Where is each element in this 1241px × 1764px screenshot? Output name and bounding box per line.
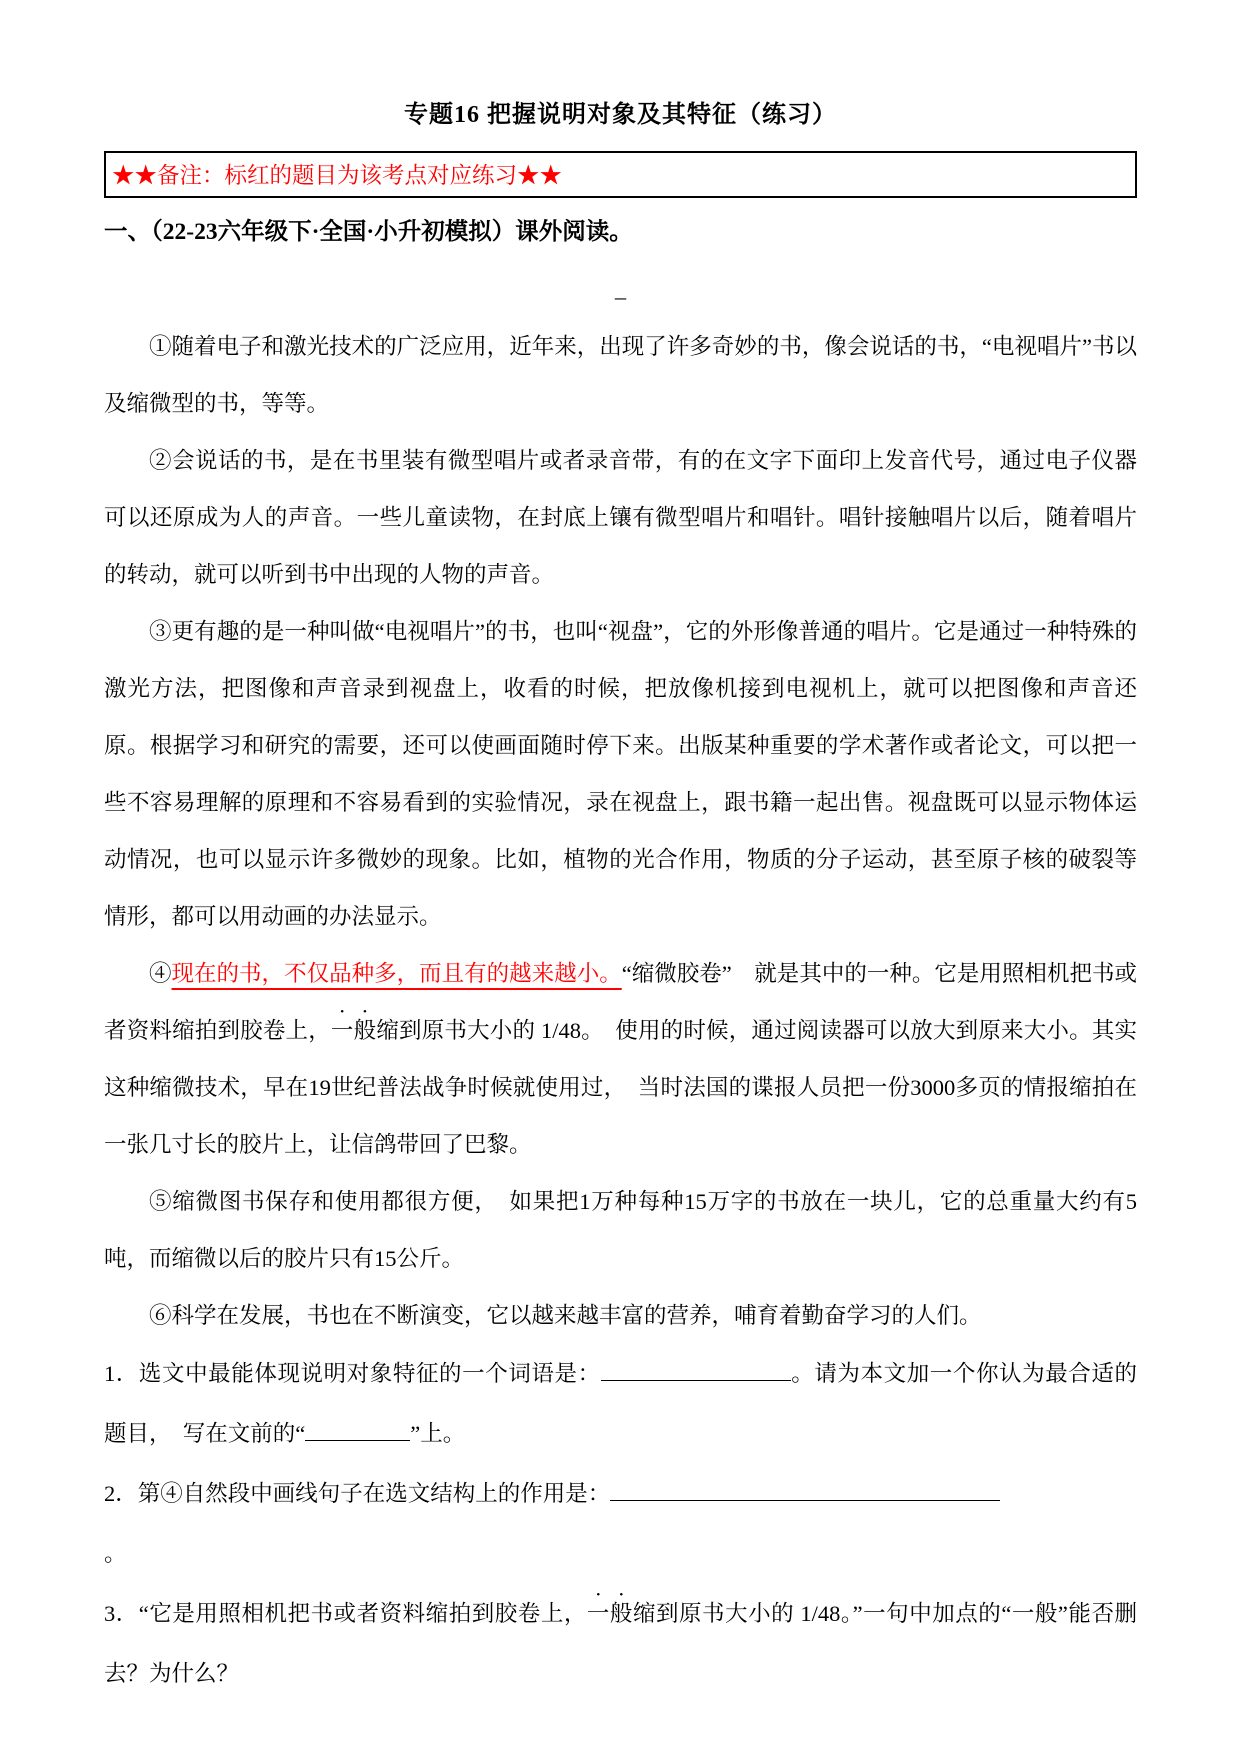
notice-box: ★★备注：标红的题目为该考点对应练习★★ (104, 151, 1137, 198)
text-run: ④ (149, 961, 172, 986)
question-2: 2．第④自然段中画线句子在选文结构上的作用是：。 (104, 1464, 1137, 1584)
answer-blank (305, 1419, 410, 1441)
paragraph-3: ③更有趣的是一种叫做“电视唱片”的书，也叫“视盘”，它的外形像普通的唱片。它是通… (104, 603, 1137, 945)
question-1: 1．选文中最能体现说明对象特征的一个词语是：。请为本文加一个你认为最合适的题目，… (104, 1344, 1137, 1464)
text-run: ”上。 (410, 1421, 465, 1446)
emphasized-word: 一般 (331, 1018, 376, 1043)
answer-blank (601, 1359, 791, 1381)
text-run: ③更有趣的是一种叫做“电视唱片”的书，也叫“视盘”，它的外形像普通的唱片。它是通… (104, 619, 1137, 929)
text-run: ②会说话的书，是在书里装有微型唱片或者录音带，有的在文字下面印上发音代号，通过电… (104, 448, 1137, 587)
text-run: 2．第④自然段中画线句子在选文结构上的作用是： (104, 1481, 610, 1506)
text-run: ⑤缩微图书保存和使用都很方便， 如果把1万种每种15万字的书放在一块儿，它的总重… (104, 1189, 1137, 1271)
text-run: 1．选文中最能体现说明对象特征的一个词语是： (104, 1361, 601, 1386)
article-title-placeholder: – (104, 282, 1137, 312)
paragraph-1: ①随着电子和激光技术的广泛应用，近年来，出现了许多奇妙的书，像会说话的书，“电视… (104, 318, 1137, 432)
paragraph-5: ⑤缩微图书保存和使用都很方便， 如果把1万种每种15万字的书放在一块儿，它的总重… (104, 1173, 1137, 1287)
underlined-red-sentence: 现在的书，不仅品种多，而且有的越来越小。 (172, 961, 622, 986)
answer-blank (610, 1479, 1000, 1501)
section-heading: 一、（22-23六年级下·全国·小升初模拟）课外阅读。 (104, 212, 1137, 246)
text-run: 3．“它是用照相机把书或者资料缩拍到胶卷上， (104, 1601, 587, 1626)
paragraph-4: ④现在的书，不仅品种多，而且有的越来越小。“缩微胶卷” 就是其中的一种。它是用照… (104, 945, 1137, 1173)
article-body: ①随着电子和激光技术的广泛应用，近年来，出现了许多奇妙的书，像会说话的书，“电视… (104, 318, 1137, 1344)
notice-text: ★★备注：标红的题目为该考点对应练习★★ (112, 163, 562, 188)
question-3: 3．“它是用照相机把书或者资料缩拍到胶卷上，一般缩到原书大小的 1/48。”一句… (104, 1584, 1137, 1704)
questions-section: 1．选文中最能体现说明对象特征的一个词语是：。请为本文加一个你认为最合适的题目，… (104, 1344, 1137, 1704)
paragraph-6: ⑥科学在发展，书也在不断演变，它以越来越丰富的营养，哺育着勤奋学习的人们。 (104, 1287, 1137, 1344)
text-run: ①随着电子和激光技术的广泛应用，近年来，出现了许多奇妙的书，像会说话的书，“电视… (104, 334, 1137, 416)
worksheet-page: 专题16 把握说明对象及其特征（练习） ★★备注：标红的题目为该考点对应练习★★… (0, 0, 1241, 1764)
paragraph-2: ②会说话的书，是在书里装有微型唱片或者录音带，有的在文字下面印上发音代号，通过电… (104, 432, 1137, 603)
page-title: 专题16 把握说明对象及其特征（练习） (104, 94, 1137, 129)
emphasized-word: 一般 (587, 1601, 633, 1626)
text-run: 。 (104, 1541, 127, 1566)
text-run: ⑥科学在发展，书也在不断演变，它以越来越丰富的营养，哺育着勤奋学习的人们。 (149, 1303, 982, 1328)
